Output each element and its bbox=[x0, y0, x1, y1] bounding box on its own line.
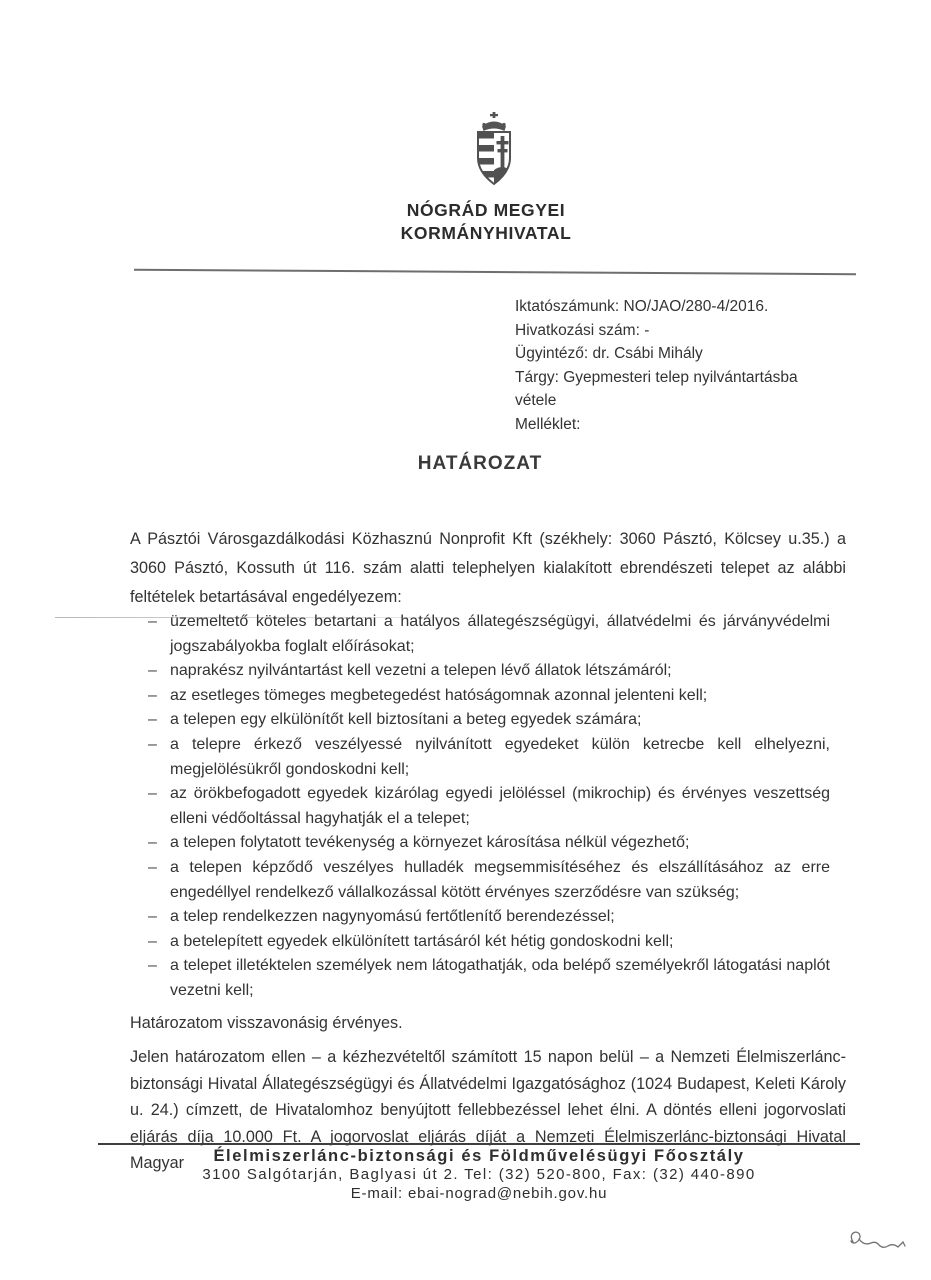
dash-bullet: – bbox=[148, 831, 170, 856]
dash-bullet: – bbox=[148, 659, 170, 684]
condition-text: a telepen egy elkülönítőt kell biztosíta… bbox=[170, 708, 830, 733]
footer-divider-rule bbox=[98, 1143, 860, 1145]
validity-paragraph: Határozatom visszavonásig érvényes. bbox=[130, 1010, 846, 1036]
org-name: NÓGRÁD MEGYEI KORMÁNYHIVATAL bbox=[286, 199, 686, 245]
scanned-document-page: NÓGRÁD MEGYEI KORMÁNYHIVATAL Iktatószámu… bbox=[0, 0, 931, 1280]
condition-text: naprakész nyilvántartást kell vezetni a … bbox=[170, 659, 830, 684]
condition-text: a telepen folytatott tevékenység a körny… bbox=[170, 831, 830, 856]
ref-line-melleklet: Melléklet: bbox=[515, 413, 875, 437]
footer-department: Élelmiszerlánc-biztonsági és Földművelés… bbox=[98, 1147, 860, 1166]
footer-email: E-mail: ebai-nograd@nebih.gov.hu bbox=[98, 1185, 860, 1203]
dash-bullet: – bbox=[148, 856, 170, 881]
ref-line-ugyintezo: Ügyintéző: dr. Csábi Mihály bbox=[515, 342, 875, 366]
condition-text: az esetleges tömeges megbetegedést hatós… bbox=[170, 684, 830, 709]
condition-text: a telep rendelkezzen nagynyomású fertőtl… bbox=[170, 905, 830, 930]
reference-block: Iktatószámunk: NO/JAO/280-4/2016. Hivatk… bbox=[515, 295, 875, 436]
document-title: HATÁROZAT bbox=[130, 453, 830, 475]
ref-line-iktatoszam: Iktatószámunk: NO/JAO/280-4/2016. bbox=[515, 295, 875, 319]
condition-item: –a telepen képződő veszélyes hulladék me… bbox=[148, 856, 830, 905]
condition-item: –az örökbefogadott egyedek kizárólag egy… bbox=[148, 782, 830, 831]
condition-text: a telepet illetéktelen személyek nem lát… bbox=[170, 954, 830, 1003]
conditions-list: –üzemeltető köteles betartani a hatályos… bbox=[148, 610, 830, 1004]
dash-bullet: – bbox=[148, 905, 170, 930]
intro-paragraph: A Pásztói Városgazdálkodási Közhasznú No… bbox=[130, 525, 846, 612]
signature-mark-icon bbox=[843, 1228, 909, 1260]
footer-address: 3100 Salgótarján, Baglyasi út 2. Tel: (3… bbox=[98, 1166, 860, 1185]
condition-text: a telepen képződő veszélyes hulladék meg… bbox=[170, 856, 830, 905]
condition-item: –az esetleges tömeges megbetegedést ható… bbox=[148, 684, 830, 709]
condition-item: –a telepet illetéktelen személyek nem lá… bbox=[148, 954, 830, 1003]
condition-text: a betelepített egyedek elkülönített tart… bbox=[170, 930, 830, 955]
dash-bullet: – bbox=[148, 954, 170, 979]
dash-bullet: – bbox=[148, 610, 170, 635]
org-name-line1: NÓGRÁD MEGYEI bbox=[286, 199, 686, 222]
header-divider-rule bbox=[134, 269, 856, 275]
condition-item: –a betelepített egyedek elkülönített tar… bbox=[148, 930, 830, 955]
condition-item: –a telepre érkező veszélyessé nyilváníto… bbox=[148, 733, 830, 782]
dash-bullet: – bbox=[148, 782, 170, 807]
condition-text: a telepre érkező veszélyessé nyilvánítot… bbox=[170, 733, 830, 782]
dash-bullet: – bbox=[148, 684, 170, 709]
footer-block: Élelmiszerlánc-biztonsági és Földművelés… bbox=[98, 1147, 860, 1203]
condition-item: –üzemeltető köteles betartani a hatályos… bbox=[148, 610, 830, 659]
ref-line-targy: Tárgy: Gyepmesteri telep nyilvántartásba bbox=[515, 366, 875, 390]
condition-text: üzemeltető köteles betartani a hatályos … bbox=[170, 610, 830, 659]
dash-bullet: – bbox=[148, 930, 170, 955]
dash-bullet: – bbox=[148, 733, 170, 758]
dash-bullet: – bbox=[148, 708, 170, 733]
condition-item: –a telepen egy elkülönítőt kell biztosít… bbox=[148, 708, 830, 733]
condition-text: az örökbefogadott egyedek kizárólag egye… bbox=[170, 782, 830, 831]
hungarian-coat-of-arms-icon bbox=[474, 112, 514, 186]
org-name-line2: KORMÁNYHIVATAL bbox=[286, 222, 686, 245]
ref-line-targy-cont: vétele bbox=[515, 389, 875, 413]
condition-item: –naprakész nyilvántartást kell vezetni a… bbox=[148, 659, 830, 684]
ref-line-hivatkozasi-szam: Hivatkozási szám: - bbox=[515, 319, 875, 343]
condition-item: –a telep rendelkezzen nagynyomású fertőt… bbox=[148, 905, 830, 930]
condition-item: –a telepen folytatott tevékenység a körn… bbox=[148, 831, 830, 856]
